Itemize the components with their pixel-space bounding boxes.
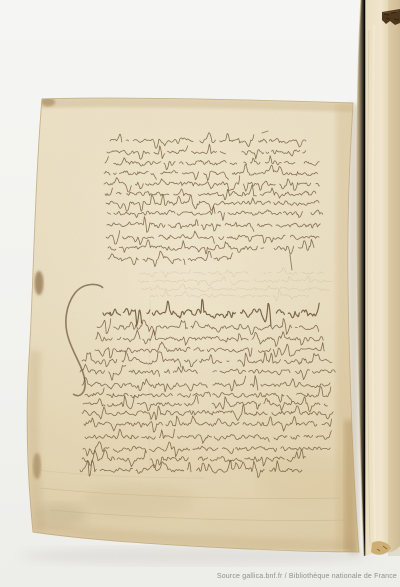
- source-attribution: Source gallica.bnf.fr / Bibliothèque nat…: [217, 572, 397, 582]
- page-stack-edge: [357, 0, 400, 556]
- manuscript-scene: [0, 0, 400, 587]
- manuscript-photo: Source gallica.bnf.fr / Bibliothèque nat…: [0, 0, 400, 587]
- parchment-page: [20, 90, 365, 560]
